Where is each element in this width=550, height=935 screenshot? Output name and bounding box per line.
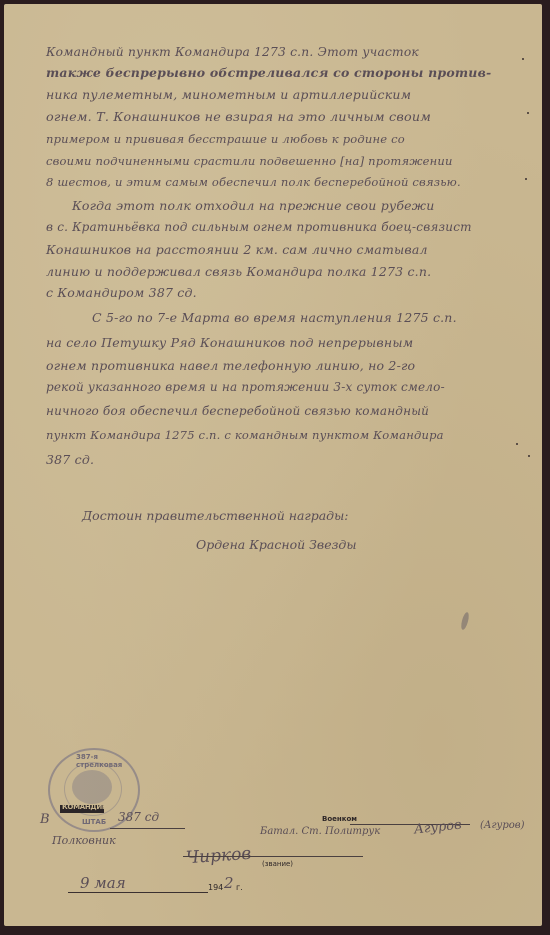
commander-unit: 387 сд xyxy=(118,810,159,824)
body-line: 387 сд. xyxy=(46,452,94,467)
body-line: Командный пункт Командира 1273 с.п. Этот… xyxy=(46,44,419,59)
date-day-month: 9 мая xyxy=(80,874,126,892)
body-line: огнем противника навел телефонную линию,… xyxy=(46,358,415,373)
body-line: с Командиром 387 сд. xyxy=(46,285,197,300)
body-line: также беспрерывно обстреливался со сторо… xyxy=(46,65,491,80)
paper-speck xyxy=(527,112,529,114)
body-line: линию и поддерживал связь Командира полк… xyxy=(46,264,431,279)
body-line: огнем. Т. Конашников не взирая на это ли… xyxy=(46,109,431,124)
body-line: Когда этот полк отходил на прежние свои … xyxy=(72,198,434,213)
commissar-name: (Агуров) xyxy=(480,820,524,831)
body-line: пункт Командира 1275 с.п. с командным пу… xyxy=(46,428,444,442)
date-rule xyxy=(68,892,208,893)
rank-caption: (звание) xyxy=(262,860,293,868)
stamp-bottom-text: ШТАБ xyxy=(82,818,106,826)
body-line: примером и прививая бесстрашие и любовь … xyxy=(46,132,405,146)
paper-speck xyxy=(528,455,530,457)
award-recommendation: Достоин правительственной награды: xyxy=(82,508,349,523)
commissar-rank: Батал. Ст. Политрук xyxy=(260,826,380,837)
body-line: С 5-го по 7-е Марта во время наступления… xyxy=(92,310,457,325)
date-year-prefix: 194 xyxy=(208,883,223,892)
paper-speck xyxy=(516,443,518,445)
body-line: своими подчиненными срастили подвешенно … xyxy=(46,154,453,168)
body-line: рекой указанного время и на протяжении 3… xyxy=(46,380,445,394)
paper-speck xyxy=(522,58,524,60)
coat-of-arms-icon xyxy=(72,770,112,804)
stamp-outer-text: 387-я стрелковая xyxy=(76,753,138,769)
body-line: Конашников на расстоянии 2 км. сам лично… xyxy=(46,242,428,257)
body-line: 8 шестов, и этим самым обеспечил полк бе… xyxy=(46,175,461,189)
body-line: ничного боя обеспечил бесперебойной связ… xyxy=(46,404,429,418)
commander-rank: Полковник xyxy=(52,834,116,847)
commander-label: КОМАНДИР xyxy=(62,803,107,811)
commissar-label: Военком xyxy=(322,815,357,823)
commander-initial: В xyxy=(40,812,50,827)
body-line: в с. Кратиньёвка под сильным огнем проти… xyxy=(46,220,472,234)
date-year-abbr: г. xyxy=(236,883,243,892)
paper-speck xyxy=(525,178,527,180)
date-year-suffix: 2 xyxy=(224,874,234,892)
body-line: на село Петушку Ряд Конашников под непре… xyxy=(46,335,413,350)
award-order: Ордена Красной Звезды xyxy=(196,537,357,552)
signature-rule xyxy=(183,856,363,857)
commander-unit-rule xyxy=(110,828,185,829)
body-line: ника пулеметным, минометным и артиллерий… xyxy=(46,87,411,102)
